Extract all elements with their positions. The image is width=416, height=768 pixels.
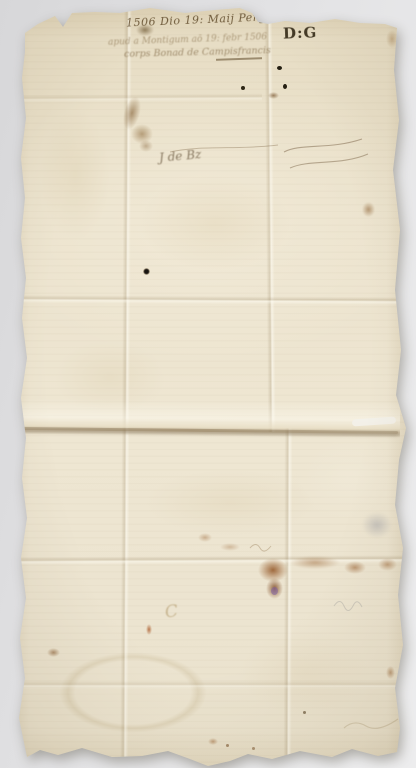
light-patch <box>295 435 400 520</box>
rust-stain-cluster <box>344 561 366 574</box>
water-stain <box>28 635 238 750</box>
ink-dot <box>283 84 287 89</box>
rust-stain-cluster <box>266 578 283 599</box>
ink-blot <box>268 92 279 99</box>
rust-stain <box>362 202 375 217</box>
stain-top-right-edge <box>386 30 398 48</box>
fold-crease-horizontal-2 <box>20 295 400 305</box>
fold-crease-vertical-left <box>120 0 132 768</box>
discoloration-patch <box>40 110 110 240</box>
rust-stain-cluster <box>290 556 340 569</box>
ink-dot <box>241 86 245 90</box>
rust-smear <box>220 543 240 551</box>
rust-drop <box>146 624 152 635</box>
ink-blot <box>136 24 154 36</box>
fold-crease-vertical-right-upper <box>264 0 276 432</box>
fold-crease-vertical-right-lower <box>283 428 292 768</box>
inscription-line-2: apud a Montigum aō 19: febr 1506 <box>108 32 267 48</box>
pigment-fleck <box>271 587 278 595</box>
rust-spot <box>47 648 60 657</box>
vignette <box>0 0 416 768</box>
rust-stain-cluster <box>258 558 288 582</box>
fold-crease-horizontal-1 <box>22 93 262 103</box>
rust-smear <box>198 533 212 542</box>
ink-smudge <box>131 124 153 144</box>
faint-scribbles <box>0 0 416 768</box>
rust-spot <box>386 666 395 679</box>
inscription-center-note: J de Bz <box>158 147 201 165</box>
speck <box>303 711 306 714</box>
rust-stain-cluster <box>378 558 397 571</box>
wormhole <box>143 268 150 275</box>
fold-crease-horizontal-3 <box>20 555 402 565</box>
flourish-mark: C <box>164 601 180 623</box>
rust-spot <box>208 738 218 745</box>
parchment-surface: 1506 Dio 19: Maij Pergamt apud a Montigu… <box>0 0 416 768</box>
fold-crease-horizontal-4 <box>22 681 400 689</box>
ink-dot <box>277 66 282 70</box>
inscription-date-line: 1506 Dio 19: Maij Pergamt <box>126 9 289 29</box>
ink-smudge <box>120 95 144 132</box>
discoloration-patch <box>145 470 315 535</box>
discoloration-patch <box>240 630 370 715</box>
monogram: D:G <box>283 23 318 42</box>
text-showthrough <box>0 0 416 768</box>
inscription-underline <box>216 57 262 60</box>
gray-patch <box>362 512 392 538</box>
discoloration-patch <box>140 175 290 270</box>
speck <box>226 744 229 747</box>
parchment-document: 1506 Dio 19: Maij Pergamt apud a Montigu… <box>0 0 416 768</box>
photo-background: 1506 Dio 19: Maij Pergamt apud a Montigu… <box>0 0 416 768</box>
ink-smudge <box>139 140 153 152</box>
speck <box>252 747 255 750</box>
